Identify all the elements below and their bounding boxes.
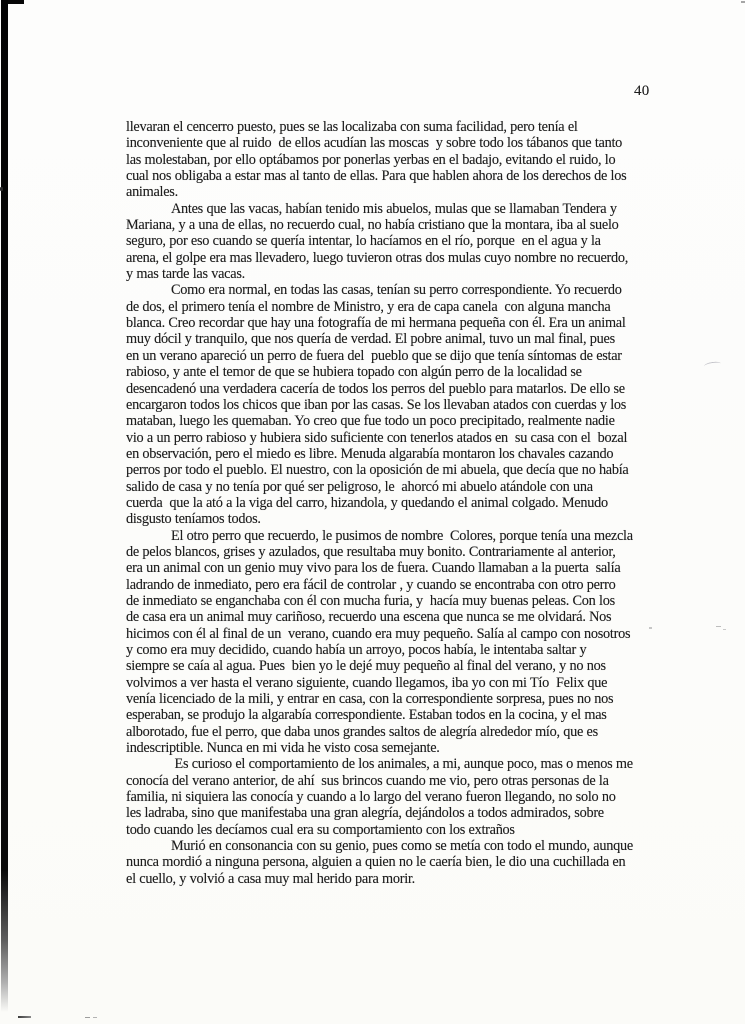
- text-line: Murió en consonancia con su genio, pues …: [126, 838, 648, 854]
- text-line: cuerda que la ató a la viga del carro, h…: [126, 495, 648, 511]
- scan-speck: [723, 629, 726, 630]
- scan-squiggle-mark: [704, 361, 722, 370]
- text-line: de casa era un animal muy cariñoso, recu…: [126, 609, 648, 625]
- text-line: hicimos con él al final de un verano, cu…: [126, 626, 648, 642]
- text-line: las molestaban, por ello optábamos por p…: [126, 152, 648, 168]
- text-line: en un verano apareció un perro de fuera …: [126, 348, 648, 364]
- text-line: alborotado, fue el perro, que daba unos …: [126, 724, 648, 740]
- text-line: seguro, por eso cuando se quería intenta…: [126, 233, 648, 249]
- text-line: El otro perro que recuerdo, le pusimos d…: [126, 528, 648, 544]
- text-line: inconveniente que al ruido de ellos acud…: [126, 135, 648, 151]
- text-line: volvimos a ver hasta el verano siguiente…: [126, 675, 648, 691]
- text-line: siempre se caía al agua. Pues bien yo le…: [126, 658, 648, 674]
- text-line: Es curioso el comportamiento de los anim…: [126, 756, 648, 772]
- text-line: cual nos obligaba a estar mas al tanto d…: [126, 168, 648, 184]
- text-line: de inmediato se enganchaba con él con mu…: [126, 593, 648, 609]
- scan-speck: [649, 627, 652, 629]
- document-page: 40 llevaran el cencerro puesto, pues se …: [0, 0, 745, 1024]
- paragraph: Murió en consonancia con su genio, pues …: [126, 838, 648, 887]
- scan-edge-tab: [8, 0, 24, 4]
- text-line: blanca. Creo recordar que hay una fotogr…: [126, 315, 648, 331]
- scan-speck: [716, 626, 721, 627]
- text-line: familia, ni siquiera las conocía y cuand…: [126, 789, 648, 805]
- text-line: indescriptible. Nunca en mi vida he vist…: [126, 740, 648, 756]
- scan-speck: [93, 1017, 97, 1018]
- scan-speck: [18, 1016, 31, 1018]
- paragraph: Como era normal, en todas las casas, ten…: [126, 282, 648, 527]
- text-block: llevaran el cencerro puesto, pues se las…: [126, 119, 648, 887]
- text-line: animales.: [126, 184, 648, 200]
- paragraph: El otro perro que recuerdo, le pusimos d…: [126, 528, 648, 757]
- paragraph: llevaran el cencerro puesto, pues se las…: [126, 119, 648, 201]
- text-line: el cuello, y volvió a casa muy mal herid…: [126, 871, 648, 887]
- text-line: todo cuando les decíamos cual era su com…: [126, 822, 648, 838]
- text-line: y como era muy decidido, cuando había un…: [126, 642, 648, 658]
- scan-speck: [741, 1, 745, 3]
- text-line: Como era normal, en todas las casas, ten…: [126, 282, 648, 298]
- paragraph: Es curioso el comportamiento de los anim…: [126, 756, 648, 838]
- page-number: 40: [634, 84, 650, 99]
- text-line: venía licenciado de la mili, y entrar en…: [126, 691, 648, 707]
- text-line: Antes que las vacas, habían tenido mis a…: [126, 201, 648, 217]
- text-line: mataban, luego les quemaban. Yo creo que…: [126, 413, 648, 429]
- text-line: de dos, el primero tenía el nombre de Mi…: [126, 299, 648, 315]
- text-line: vio a un perro rabioso y hubiera sido su…: [126, 430, 648, 446]
- text-line: Mariana, y a una de ellas, no recuerdo c…: [126, 217, 648, 233]
- text-line: era un animal con un genio muy vivo para…: [126, 560, 648, 576]
- text-line: de pelos blancos, grises y azulados, que…: [126, 544, 648, 560]
- scan-speck: [85, 1017, 90, 1018]
- text-line: y mas tarde las vacas.: [126, 266, 648, 282]
- scan-edge-strip: [1, 0, 8, 1012]
- scan-speck: [0, 187, 3, 191]
- text-line: esperaban, se produjo la algarabía corre…: [126, 707, 648, 723]
- text-line: nunca mordió a ninguna persona, alguien …: [126, 854, 648, 870]
- text-line: perros por todo el pueblo. El nuestro, c…: [126, 462, 648, 478]
- text-line: llevaran el cencerro puesto, pues se las…: [126, 119, 648, 135]
- text-line: encargaron todos los chicos que iban por…: [126, 397, 648, 413]
- paragraph: Antes que las vacas, habían tenido mis a…: [126, 201, 648, 283]
- text-line: salido de casa y no tenía por qué ser pe…: [126, 479, 648, 495]
- text-line: rabioso, y ante el temor de que se hubie…: [126, 364, 648, 380]
- text-line: desencadenó una verdadera cacería de tod…: [126, 381, 648, 397]
- text-line: ladrando de inmediato, pero era fácil de…: [126, 577, 648, 593]
- text-line: les ladraba, sino que manifestaba una gr…: [126, 805, 648, 821]
- text-line: disgusto teníamos todos.: [126, 511, 648, 527]
- text-line: en observación, pero el miedo es libre. …: [126, 446, 648, 462]
- text-line: conocía del verano anterior, de ahí sus …: [126, 773, 648, 789]
- text-line: muy dócil y tranquilo, que nos quería de…: [126, 331, 648, 347]
- text-line: arena, el golpe era mas llevadero, luego…: [126, 250, 648, 266]
